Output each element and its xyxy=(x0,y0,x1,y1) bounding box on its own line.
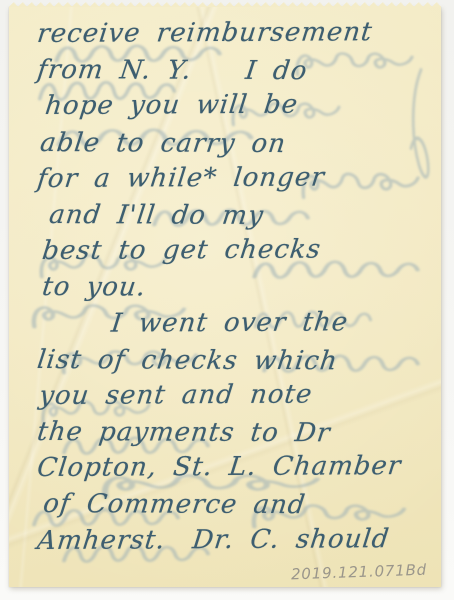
handwriting-line: of Commerce and xyxy=(41,489,443,527)
handwriting-line: for a while* longer xyxy=(35,162,444,200)
handwriting-line: and I'll do my xyxy=(47,200,443,238)
handwriting-line: you sent and note xyxy=(37,379,444,417)
handwriting-line: able to carry on xyxy=(38,128,443,166)
handwriting-line: receive reimbursement xyxy=(35,17,444,55)
handwriting-line: to you. xyxy=(40,272,443,310)
handwriting-line: best to get checks xyxy=(40,234,444,272)
letter-scan: receive reimbursement from N. Y. I do ho… xyxy=(0,0,454,600)
letter-text: receive reimbursement from N. Y. I do ho… xyxy=(9,19,441,562)
letter-paper: receive reimbursement from N. Y. I do ho… xyxy=(9,7,441,587)
handwriting-line: Amherst. Dr. C. should xyxy=(35,524,444,562)
torn-paper-edge xyxy=(9,2,441,7)
handwriting-line: Clopton, St. L. Chamber xyxy=(35,451,444,489)
handwriting-line: I went over the xyxy=(35,306,444,344)
handwriting-line: hope you will be xyxy=(43,89,444,127)
handwriting-line: from N. Y. I do xyxy=(35,55,443,93)
handwriting-line: list of checks which xyxy=(35,345,443,383)
handwriting-line: the payments to Dr xyxy=(35,417,443,455)
catalog-number: 2019.121.071Bd xyxy=(291,561,428,584)
